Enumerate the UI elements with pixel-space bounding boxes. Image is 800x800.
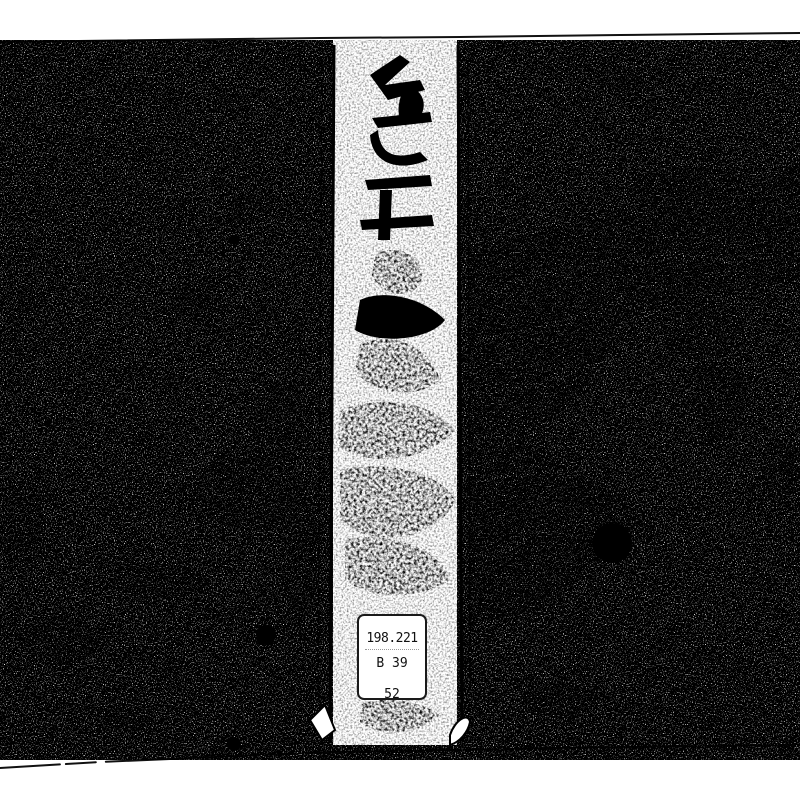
call-number-volume: 52 xyxy=(384,688,400,701)
call-number-class: 198.221 xyxy=(366,632,417,645)
label-divider xyxy=(365,649,419,650)
call-number-label: 198.221 B 39 52 xyxy=(357,614,427,700)
call-number-cutter: B 39 xyxy=(376,657,407,670)
